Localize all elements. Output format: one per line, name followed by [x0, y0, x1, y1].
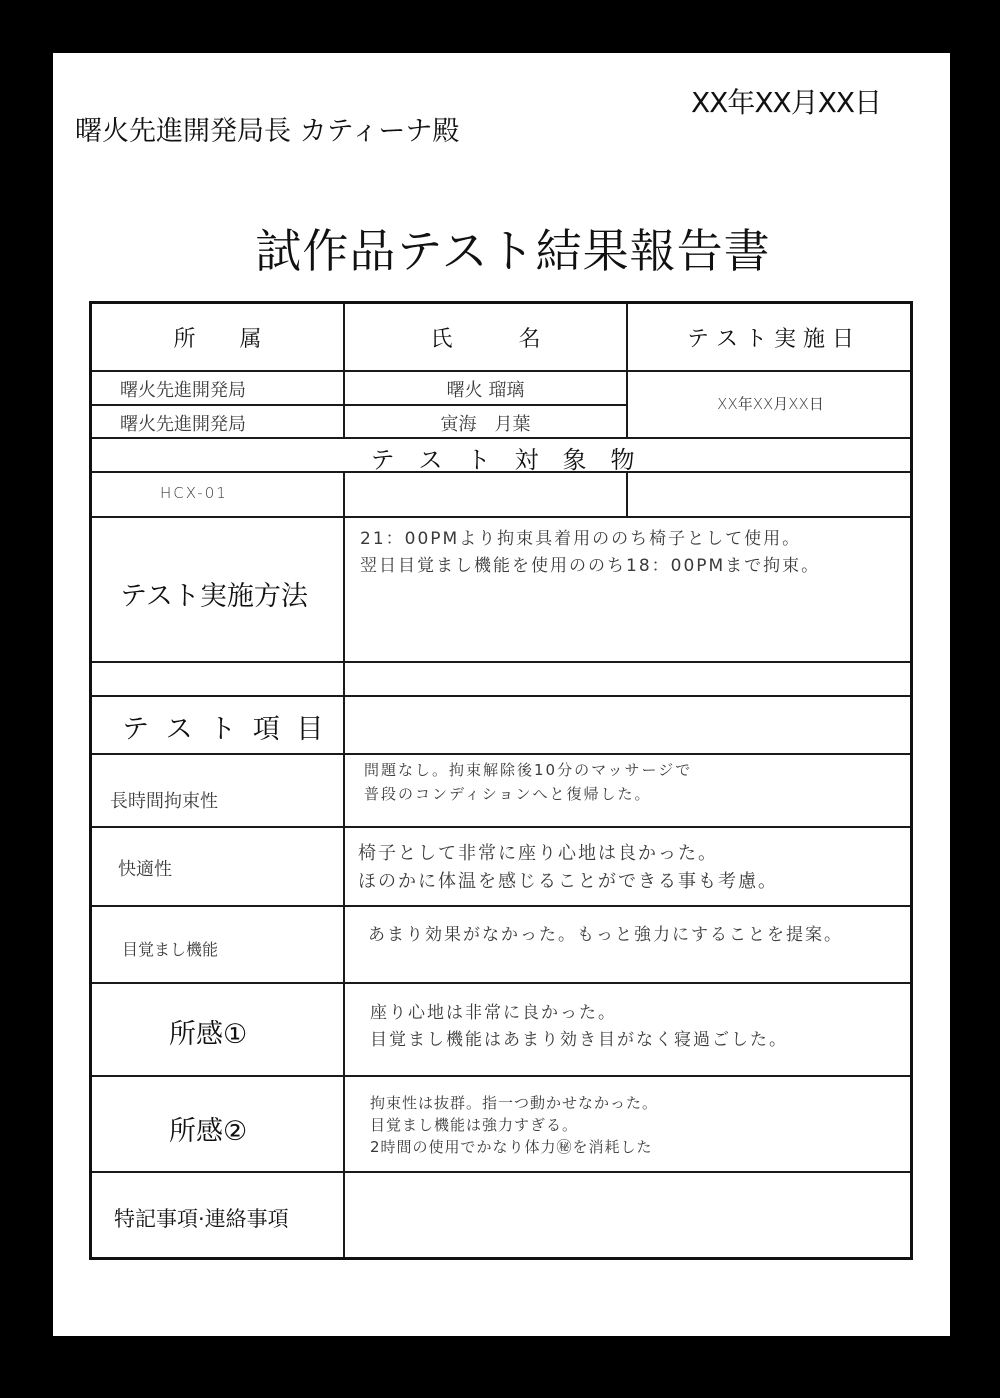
- impression-line: 座り心地は非常に良かった。: [370, 1000, 788, 1027]
- divider: [92, 753, 910, 755]
- tester-2-name: 寅海 月葉: [345, 410, 626, 436]
- impression-line: 拘束性は抜群。指一つ動かせなかった。: [370, 1092, 658, 1114]
- test-object-value: HCX-01: [160, 484, 228, 502]
- item-line: 普段のコンディションへと復帰した。: [364, 782, 692, 806]
- header-test-date: テ ス ト 実 施 日: [628, 322, 913, 353]
- item-label-long-restraint: 長時間拘束性: [110, 787, 218, 813]
- item-line: あまり効果がなかった。もっと強力にすることを提案。: [368, 922, 843, 949]
- method-text: 21：00PMより拘束具着用ののち椅子として使用。 翌日目覚まし機能を使用ののち…: [360, 526, 820, 580]
- item-line: 問題なし。拘束解除後10分のマッサージで: [364, 758, 692, 782]
- method-line: 21：00PMより拘束具着用ののち椅子として使用。: [360, 526, 820, 553]
- tester-1-affiliation: 曙火先進開発局: [120, 376, 246, 402]
- item-text-long-restraint: 問題なし。拘束解除後10分のマッサージで 普段のコンディションへと復帰した。: [364, 758, 692, 806]
- item-label-comfort: 快適性: [118, 855, 172, 881]
- report-page: 曙火先進開発局長 カティーナ殿 XX年XX月XX日 試作品テスト結果報告書 所 …: [53, 53, 950, 1336]
- divider: [92, 826, 910, 828]
- divider: [92, 695, 910, 697]
- header-affiliation: 所 属: [92, 322, 343, 353]
- divider: [92, 404, 628, 406]
- item-text-alarm: あまり効果がなかった。もっと強力にすることを提案。: [368, 922, 843, 949]
- divider: [92, 1171, 910, 1173]
- test-items-header: テ ス ト 項 目: [122, 707, 327, 746]
- tester-2-affiliation: 曙火先進開発局: [120, 410, 246, 436]
- method-label: テスト実施方法: [120, 574, 308, 613]
- addressee: 曙火先進開発局長 カティーナ殿: [75, 109, 459, 148]
- method-line: 翌日目覚まし機能を使用ののち18：00PMまで拘束。: [360, 553, 820, 580]
- notes-label: 特記事項·連絡事項: [114, 1203, 289, 1233]
- divider: [92, 370, 910, 372]
- item-line: 椅子として非常に座り心地は良かった。: [358, 840, 778, 868]
- divider: [92, 661, 910, 663]
- divider: [92, 905, 910, 907]
- impression-1-text: 座り心地は非常に良かった。 目覚まし機能はあまり効き目がなく寝過ごした。: [370, 1000, 788, 1054]
- report-table: 所 属 氏 名 テ ス ト 実 施 日 曙火先進開発局 曙火 瑠璃 曙火先進開発…: [89, 301, 913, 1260]
- impression-2-text: 拘束性は抜群。指一つ動かせなかった。 目覚まし機能は強力すぎる。 2時間の使用で…: [370, 1092, 658, 1158]
- impression-line: 2時間の使用でかなり体力㊙を消耗した: [370, 1136, 658, 1158]
- divider: [92, 437, 910, 439]
- test-object-header: テ ス ト 対 象 物: [92, 440, 913, 475]
- tester-1-name: 曙火 瑠璃: [345, 376, 626, 402]
- divider: [343, 472, 345, 1257]
- impression-2-label: 所感②: [169, 1109, 247, 1148]
- impression-1-label: 所感①: [169, 1012, 247, 1051]
- impression-line: 目覚まし機能は強力すぎる。: [370, 1114, 658, 1136]
- header-name: 氏 名: [345, 322, 626, 353]
- item-text-comfort: 椅子として非常に座り心地は良かった。 ほのかに体温を感じることができる事も考慮。: [358, 840, 778, 896]
- item-line: ほのかに体温を感じることができる事も考慮。: [358, 868, 778, 896]
- page-title: 試作品テスト結果報告書: [53, 215, 973, 281]
- report-date: XX年XX月XX日: [691, 81, 881, 121]
- divider: [92, 516, 910, 518]
- divider: [92, 982, 910, 984]
- test-date-value: XX年XX月XX日: [628, 393, 913, 414]
- impression-line: 目覚まし機能はあまり効き目がなく寝過ごした。: [370, 1027, 788, 1054]
- divider: [626, 472, 628, 517]
- item-label-alarm: 目覚まし機能: [122, 937, 218, 960]
- divider: [92, 1075, 910, 1077]
